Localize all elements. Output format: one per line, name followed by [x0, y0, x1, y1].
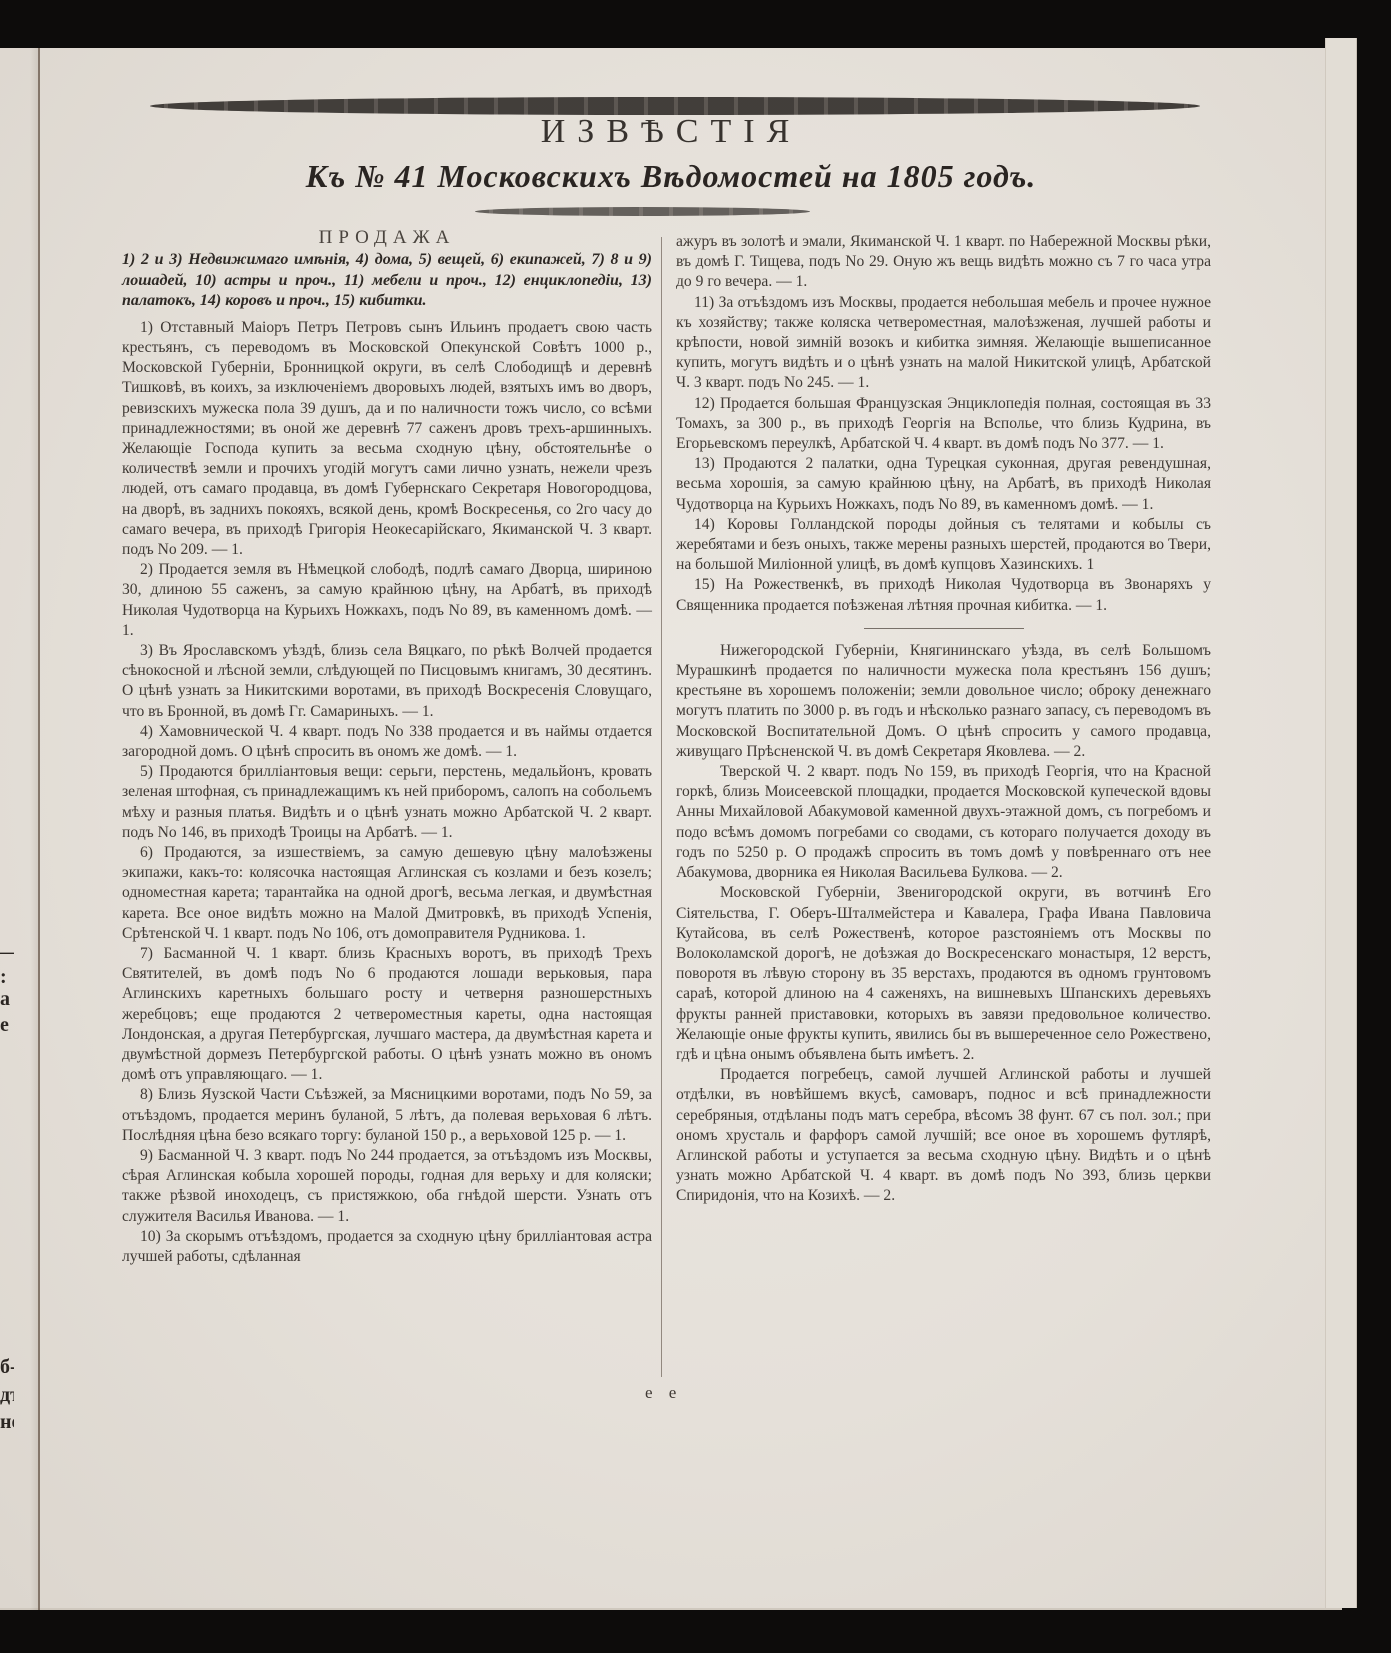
ad-item: 11) За отъѣздомъ изъ Москвы, продается н…	[676, 293, 1211, 394]
ad-item: 13) Продаются 2 палатки, одна Турецкая с…	[676, 454, 1211, 515]
ad-item-continued: ажуръ въ золотѣ и эмали, Якиманской Ч. 1…	[676, 232, 1211, 293]
notice-item: Продается погребецъ, самой лучшей Аглинс…	[676, 1065, 1211, 1206]
notice-item: Тверской Ч. 2 кварт. подъ No 159, въ при…	[676, 762, 1211, 883]
binding-line	[38, 48, 40, 1610]
column-divider	[661, 237, 662, 1377]
subtitle-ornament	[475, 207, 810, 216]
ad-item: 15) На Рожественкѣ, въ приходѣ Николая Ч…	[676, 575, 1211, 615]
ad-item: 14) Коровы Голландской породы дойныя съ …	[676, 515, 1211, 576]
ad-item: 5) Продаются брилліантовыя вещи: серьги,…	[122, 762, 652, 843]
section-title: ПРОДАЖА	[122, 228, 652, 248]
sale-index: 1) 2 и 3) Недвижимаго имѣнія, 4) дома, 5…	[122, 250, 652, 312]
notice-item: Московской Губерніи, Звенигородской окру…	[676, 883, 1211, 1065]
page-edge	[1325, 38, 1357, 1608]
ad-item: 1) Отставный Маіоръ Петръ Петровъ сынъ И…	[122, 318, 652, 560]
ad-item: 4) Хамовнической Ч. 4 кварт. подъ No 338…	[122, 722, 652, 762]
ad-item: 8) Близь Яузской Части Съѣзжей, за Мясни…	[122, 1085, 652, 1146]
ad-item: 7) Басманной Ч. 1 кварт. близь Красныхъ …	[122, 944, 652, 1085]
left-column: ПРОДАЖА 1) 2 и 3) Недвижимаго имѣнія, 4)…	[122, 228, 652, 1267]
section-rule	[864, 628, 1024, 629]
ad-item: 3) Въ Ярославскомъ уѣздѣ, близь села Вяц…	[122, 641, 652, 722]
ad-item: 6) Продаются, за изшествіемъ, за самую д…	[122, 843, 652, 944]
masthead-subtitle: Къ № 41 Московскихъ Вѣдомостей на 1805 г…	[0, 158, 1342, 195]
ad-item: 9) Басманной Ч. 3 кварт. подъ No 244 про…	[122, 1146, 652, 1227]
ad-item: 2) Продается земля въ Нѣмецкой слободѣ, …	[122, 560, 652, 641]
notice-item: Нижегородской Губерніи, Княгининскаго уѣ…	[676, 641, 1211, 762]
ad-item: 10) За скорымъ отъѣздомъ, продается за с…	[122, 1227, 652, 1267]
prev-page-fragment: е	[0, 1008, 14, 1042]
ad-item: 12) Продается большая Французская Энцикл…	[676, 394, 1211, 455]
right-column: ажуръ въ золотѣ и эмали, Якиманской Ч. 1…	[676, 232, 1211, 1207]
masthead-title: ИЗВѢСТІЯ	[0, 113, 1342, 151]
prev-page-fragment: но	[0, 1405, 14, 1439]
catchword: е е	[645, 1383, 682, 1403]
